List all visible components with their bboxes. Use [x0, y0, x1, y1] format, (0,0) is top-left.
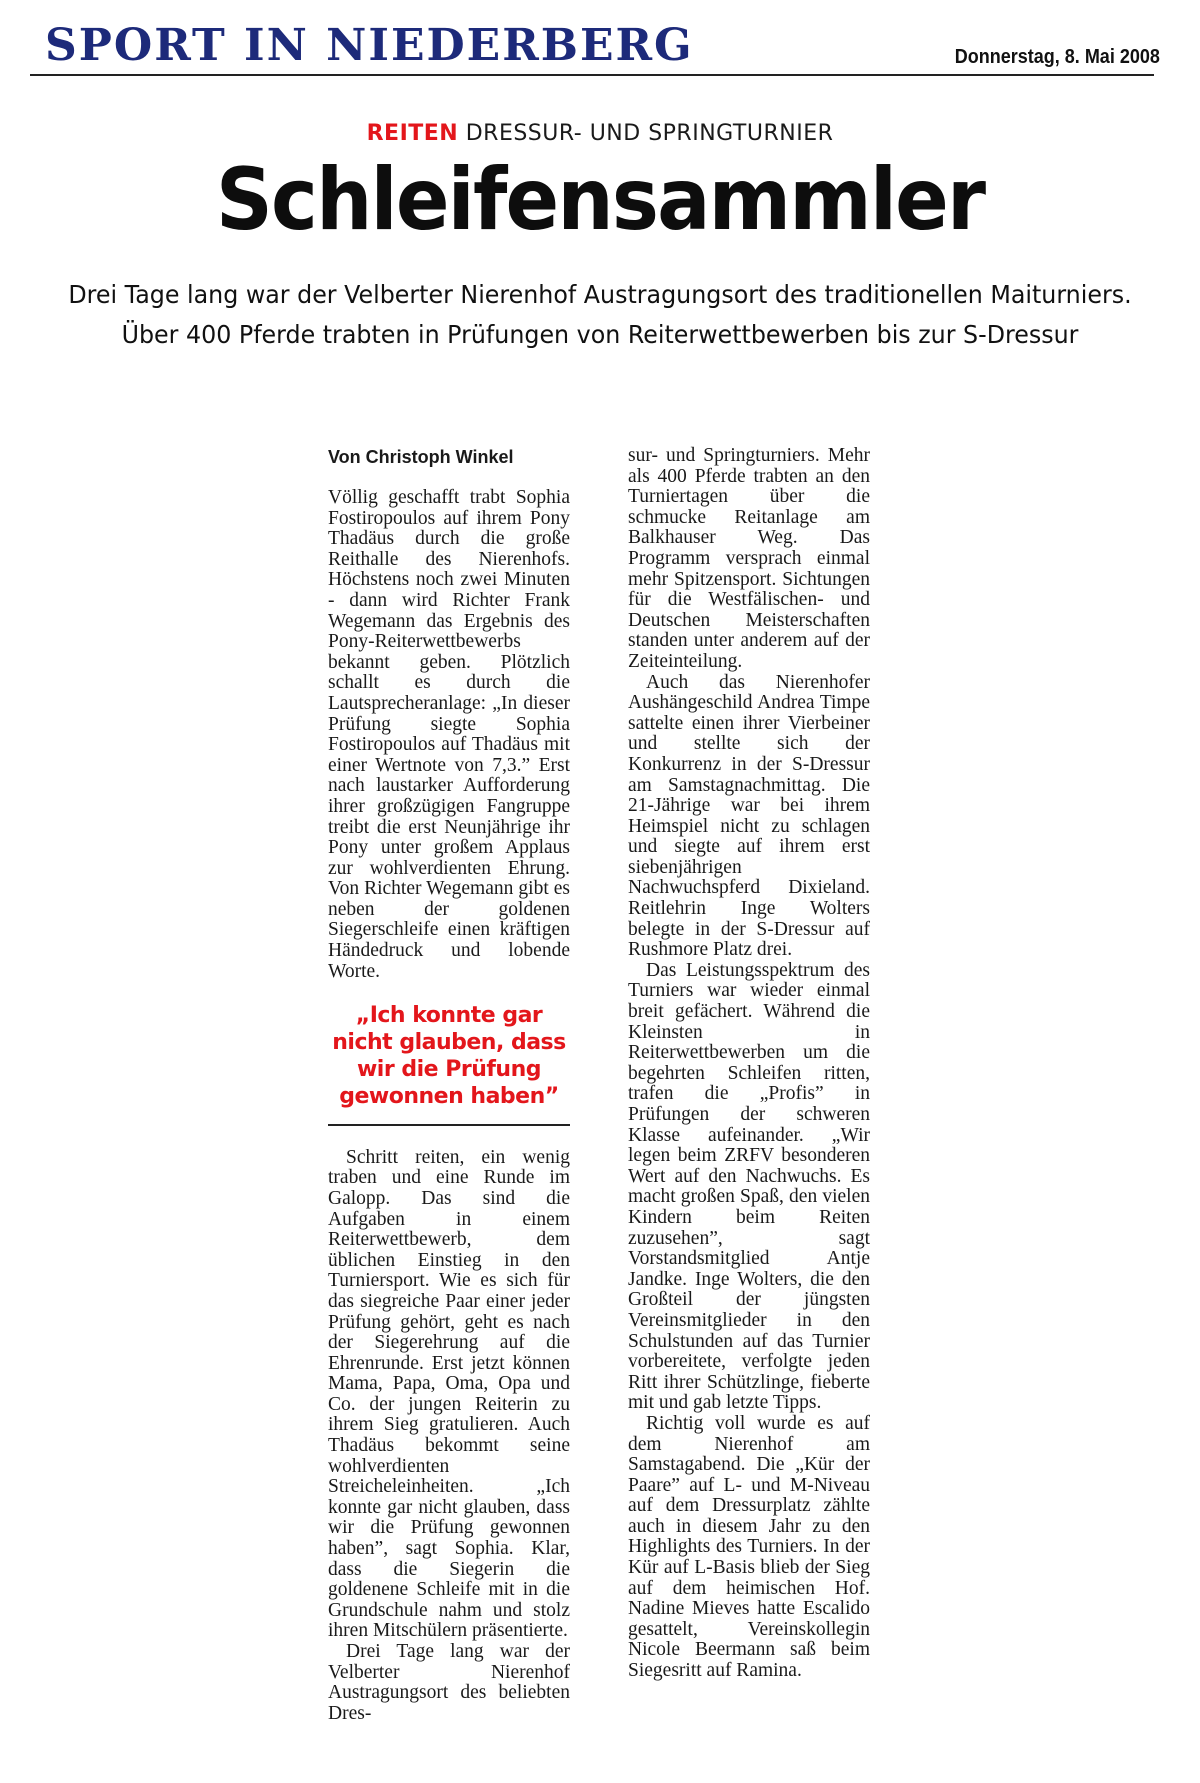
paragraph: sur- und Springturniers. Mehr als 400 Pf… [628, 446, 870, 673]
article-column-right: sur- und Springturniers. Mehr als 400 Pf… [628, 446, 870, 1682]
article-column-left: Von Christoph Winkel Völlig geschafft tr… [328, 446, 570, 1724]
paragraph: Auch das Nierenhofer Aushängeschild Andr… [628, 673, 870, 961]
deck: Drei Tage lang war der Velberter Nierenh… [0, 275, 1200, 355]
masthead-divider [30, 74, 1154, 76]
paragraph: Völlig geschafft trabt Sophia Fostiropou… [328, 488, 570, 982]
pull-quote-divider [328, 1124, 570, 1126]
paragraph: Schritt reiten, ein wenig traben und ein… [328, 1148, 570, 1642]
paragraph: Das Leistungsspektrum des Turniers war w… [628, 961, 870, 1414]
kicker-topic: REITEN [367, 121, 459, 146]
deck-line-1: Drei Tage lang war der Velberter Nierenh… [30, 275, 1170, 315]
byline: Von Christoph Winkel [328, 446, 570, 468]
paragraph: Drei Tage lang war der Velberter Nierenh… [328, 1642, 570, 1724]
pull-quote: „Ich konnte gar nicht glauben, dass wir … [328, 1002, 570, 1110]
kicker-subtopic: DRESSUR- UND SPRINGTURNIER [466, 121, 834, 146]
headline: Schleifensammler [48, 150, 1152, 250]
deck-line-2: Über 400 Pferde trabten in Prüfungen von… [30, 315, 1170, 355]
masthead: SPORT IN NIEDERBERG Donnerstag, 8. Mai 2… [40, 18, 1160, 76]
publication-date: Donnerstag, 8. Mai 2008 [955, 46, 1160, 69]
kicker: REITEN DRESSUR- UND SPRINGTURNIER [0, 120, 1200, 148]
paragraph: Richtig voll wurde es auf dem Nierenhof … [628, 1414, 870, 1682]
section-title: SPORT IN NIEDERBERG [45, 20, 694, 72]
